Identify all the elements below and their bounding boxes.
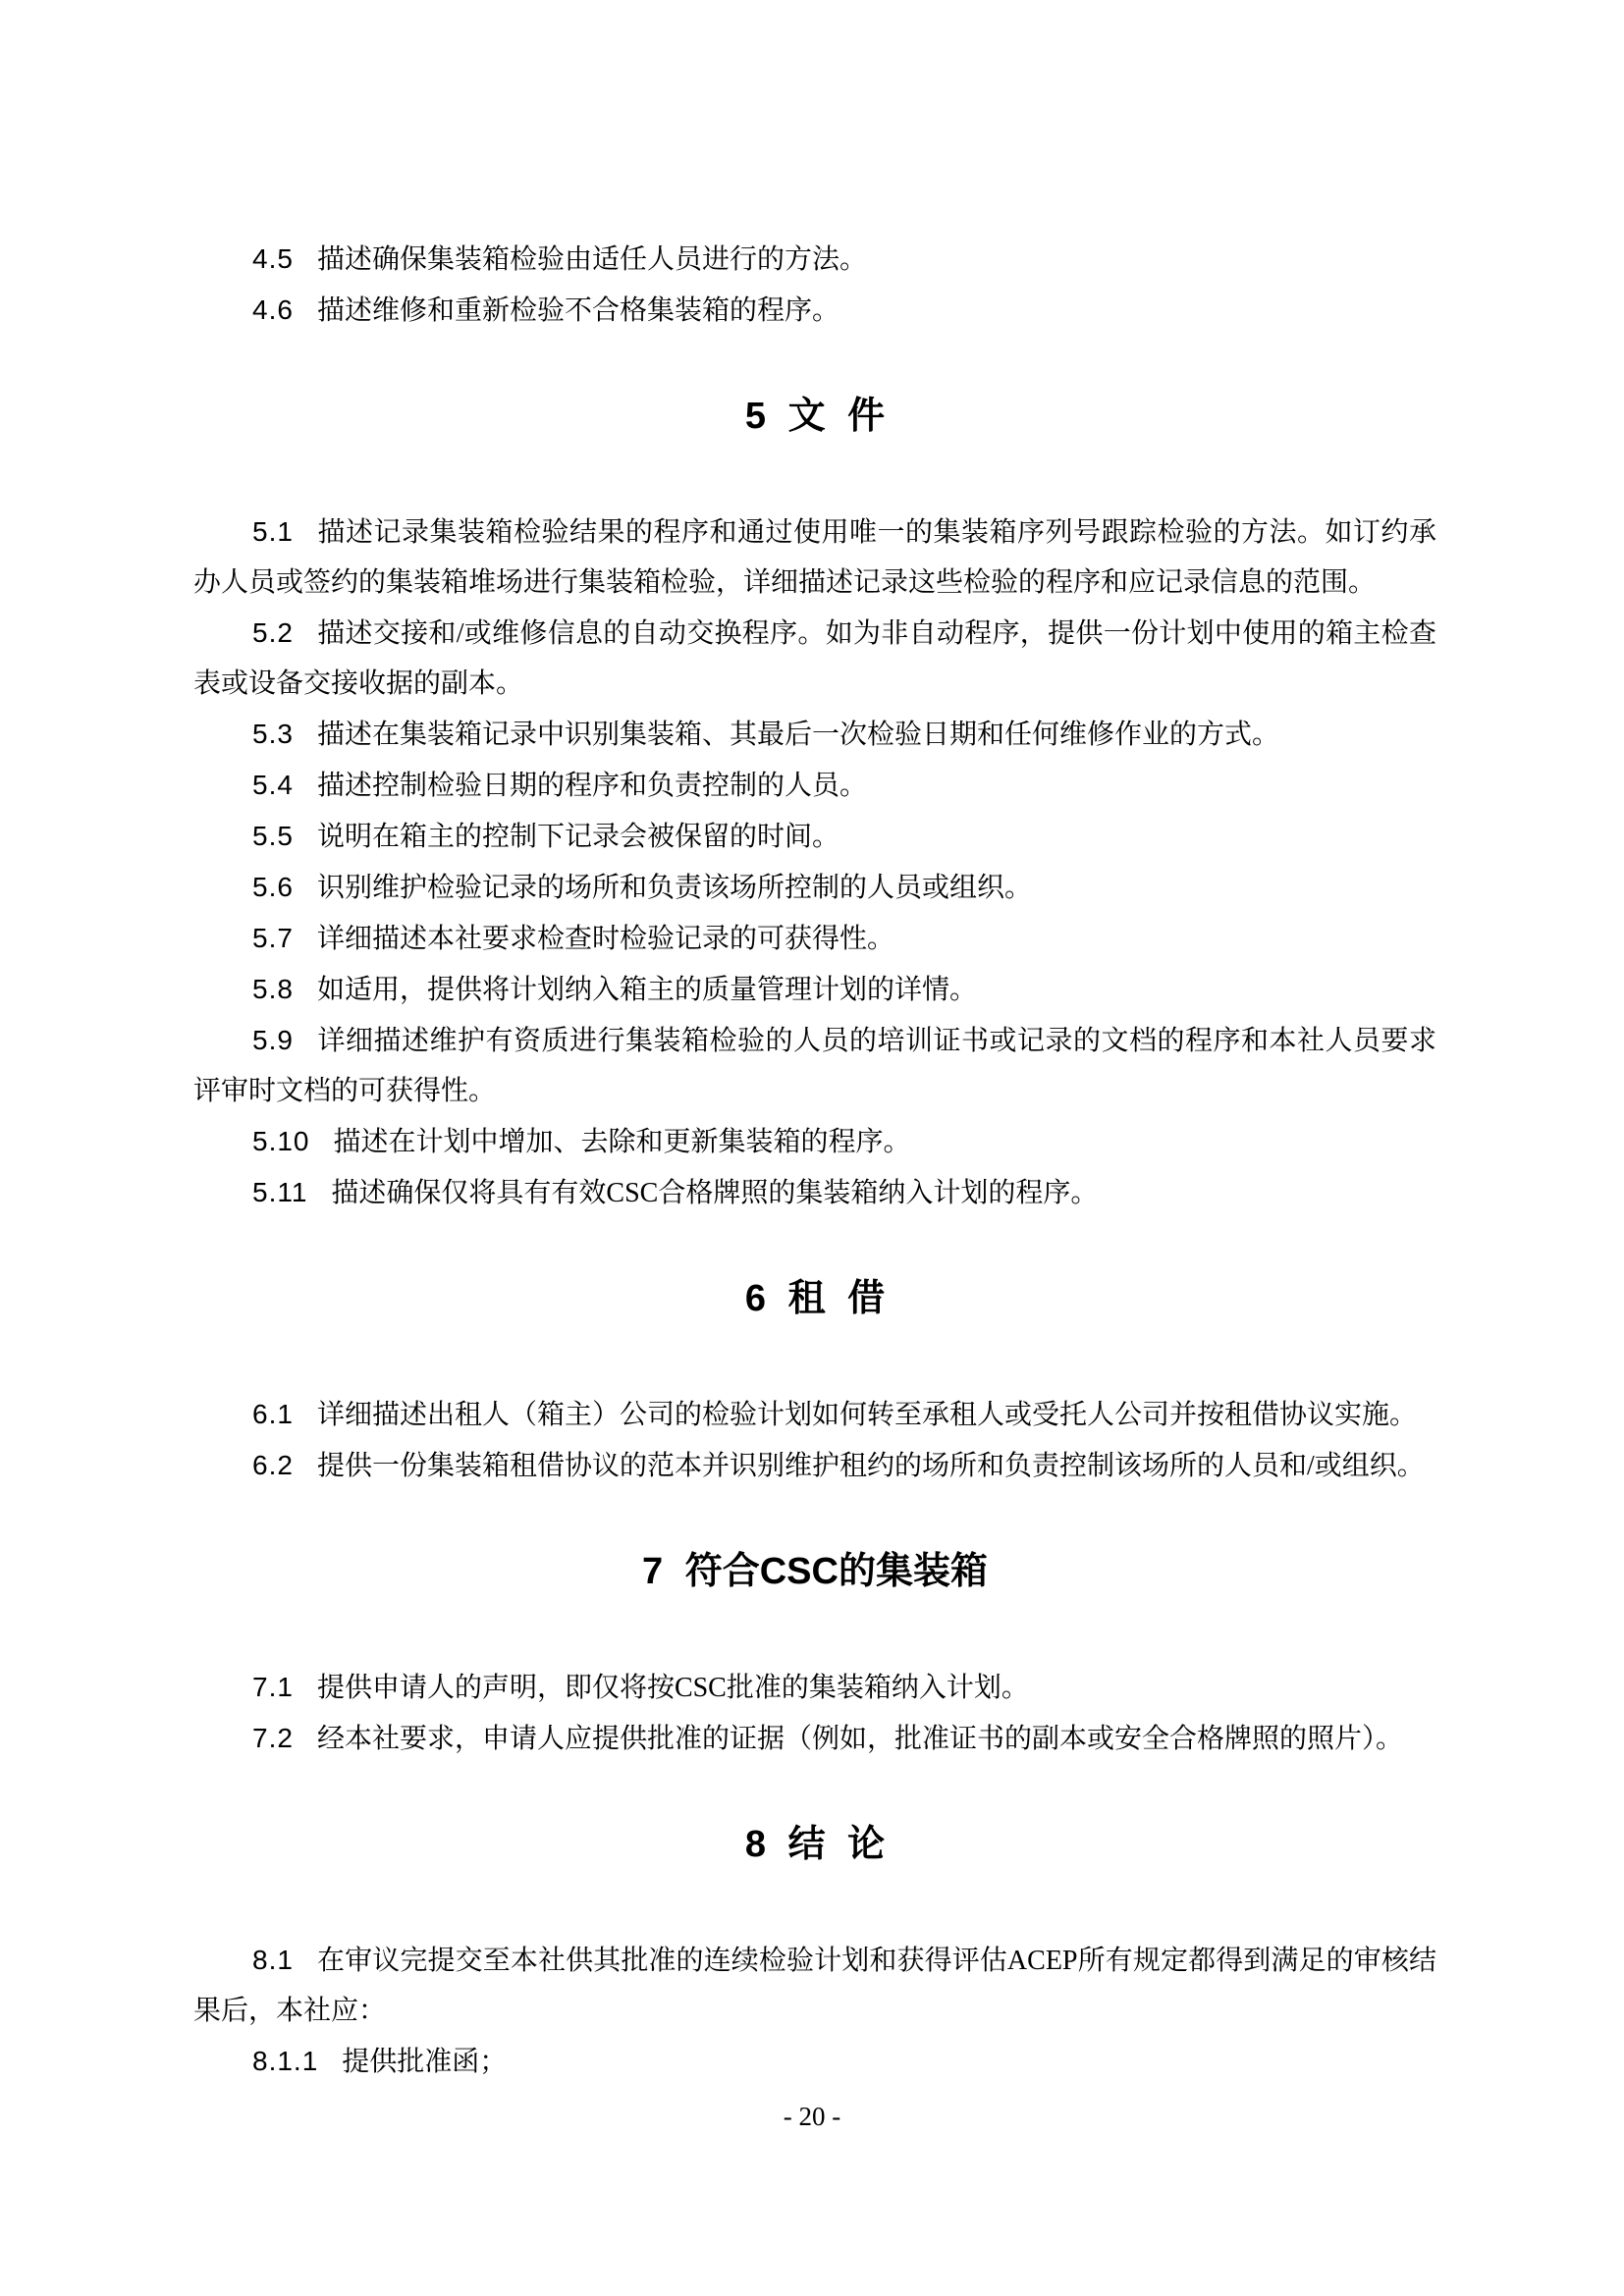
clause-text: 描述维修和重新检验不合格集装箱的程序。 <box>317 295 839 326</box>
clause-number: 5.9 <box>252 1025 294 1055</box>
clause-paragraph: 6.1详细描述出租人（箱主）公司的检验计划如何转至承租人或受托人公司并按租借协议… <box>193 1389 1436 1440</box>
page-number: - 20 - <box>0 2101 1624 2132</box>
clause-number: 5.7 <box>252 923 294 953</box>
clause-paragraph: 5.9详细描述维护有资质进行集装箱检验的人员的培训证书或记录的文档的程序和本社人… <box>193 1015 1436 1116</box>
clause-number: 4.6 <box>252 294 294 325</box>
clause-number: 5.5 <box>252 821 294 851</box>
clause-paragraph: 5.1描述记录集装箱检验结果的程序和通过使用唯一的集装箱序列号跟踪检验的方法。如… <box>193 507 1436 608</box>
clause-number: 8.1 <box>252 1945 294 1975</box>
clause-number: 4.5 <box>252 243 294 274</box>
clause-text: 经本社要求，申请人应提供批准的证据（例如，批准证书的副本或安全合格牌照的照片）。 <box>317 1724 1403 1754</box>
clause-number: 5.3 <box>252 719 294 749</box>
clause-text: 描述记录集装箱检验结果的程序和通过使用唯一的集装箱序列号跟踪检验的方法。如订约承… <box>193 517 1436 598</box>
clause-number: 5.8 <box>252 974 294 1004</box>
section-heading: 8 结 论 <box>193 1817 1436 1873</box>
clause-text: 详细描述维护有资质进行集装箱检验的人员的培训证书或记录的文档的程序和本社人员要求… <box>193 1026 1436 1106</box>
clause-paragraph: 8.1.1提供批准函； <box>193 2036 1436 2087</box>
section-heading: 7 符合CSC的集装箱 <box>193 1544 1436 1600</box>
clause-paragraph: 6.2提供一份集装箱租借协议的范本并识别维护租约的场所和负责控制该场所的人员和/… <box>193 1440 1436 1491</box>
clause-text: 描述在集装箱记录中识别集装箱、其最后一次检验日期和任何维修作业的方式。 <box>317 720 1279 750</box>
clause-text: 在审议完提交至本社供其批准的连续检验计划和获得评估ACEP所有规定都得到满足的审… <box>193 1946 1436 2026</box>
section-heading: 6 租 借 <box>193 1271 1436 1327</box>
clause-text: 识别维护检验记录的场所和负责该场所控制的人员或组织。 <box>317 873 1032 903</box>
clause-number: 5.2 <box>252 617 294 648</box>
clause-text: 描述控制检验日期的程序和负责控制的人员。 <box>317 771 867 801</box>
clause-text: 提供申请人的声明，即仅将按CSC批准的集装箱纳入计划。 <box>317 1673 1029 1703</box>
clause-paragraph: 4.6描述维修和重新检验不合格集装箱的程序。 <box>193 285 1436 336</box>
clause-text: 详细描述出租人（箱主）公司的检验计划如何转至承租人或受托人公司并按租借协议实施。 <box>317 1400 1417 1430</box>
clause-number: 5.1 <box>252 516 294 547</box>
clause-text: 详细描述本社要求检查时检验记录的可获得性。 <box>317 924 894 954</box>
clause-number: 5.4 <box>252 770 294 800</box>
clause-paragraph: 5.3描述在集装箱记录中识别集装箱、其最后一次检验日期和任何维修作业的方式。 <box>193 709 1436 760</box>
document-page: 4.5描述确保集装箱检验由适任人员进行的方法。4.6描述维修和重新检验不合格集装… <box>0 0 1624 2296</box>
document-body: 4.5描述确保集装箱检验由适任人员进行的方法。4.6描述维修和重新检验不合格集装… <box>193 234 1436 2087</box>
clause-number: 6.2 <box>252 1450 294 1480</box>
clause-paragraph: 5.4描述控制检验日期的程序和负责控制的人员。 <box>193 760 1436 811</box>
section-heading: 5 文 件 <box>193 389 1436 445</box>
clause-number: 6.1 <box>252 1399 294 1429</box>
clause-paragraph: 5.11描述确保仅将具有有效CSC合格牌照的集装箱纳入计划的程序。 <box>193 1167 1436 1218</box>
clause-paragraph: 7.1提供申请人的声明，即仅将按CSC批准的集装箱纳入计划。 <box>193 1662 1436 1713</box>
clause-text: 描述确保集装箱检验由适任人员进行的方法。 <box>317 244 867 275</box>
clause-text: 描述确保仅将具有有效CSC合格牌照的集装箱纳入计划的程序。 <box>331 1178 1098 1208</box>
clause-text: 描述交接和/或维修信息的自动交换程序。如为非自动程序，提供一份计划中使用的箱主检… <box>193 618 1436 699</box>
clause-paragraph: 8.1在审议完提交至本社供其批准的连续检验计划和获得评估ACEP所有规定都得到满… <box>193 1935 1436 2036</box>
clause-paragraph: 5.8如适用，提供将计划纳入箱主的质量管理计划的详情。 <box>193 964 1436 1015</box>
clause-text: 提供批准函； <box>342 2047 507 2077</box>
clause-text: 如适用，提供将计划纳入箱主的质量管理计划的详情。 <box>317 975 977 1005</box>
clause-paragraph: 5.6识别维护检验记录的场所和负责该场所控制的人员或组织。 <box>193 862 1436 913</box>
clause-text: 描述在计划中增加、去除和更新集装箱的程序。 <box>334 1127 911 1157</box>
clause-paragraph: 5.10描述在计划中增加、去除和更新集装箱的程序。 <box>193 1116 1436 1167</box>
clause-text: 提供一份集装箱租借协议的范本并识别维护租约的场所和负责控制该场所的人员和/或组织… <box>317 1451 1425 1481</box>
clause-number: 7.1 <box>252 1672 294 1702</box>
clause-number: 5.11 <box>252 1177 307 1207</box>
clause-text: 说明在箱主的控制下记录会被保留的时间。 <box>317 822 839 852</box>
clause-paragraph: 7.2经本社要求，申请人应提供批准的证据（例如，批准证书的副本或安全合格牌照的照… <box>193 1713 1436 1764</box>
clause-paragraph: 5.5说明在箱主的控制下记录会被保留的时间。 <box>193 811 1436 862</box>
clause-number: 7.2 <box>252 1723 294 1753</box>
clause-number: 5.10 <box>252 1126 310 1156</box>
clause-paragraph: 5.7详细描述本社要求检查时检验记录的可获得性。 <box>193 913 1436 964</box>
clause-number: 8.1.1 <box>252 2046 318 2076</box>
clause-number: 5.6 <box>252 872 294 902</box>
clause-paragraph: 4.5描述确保集装箱检验由适任人员进行的方法。 <box>193 234 1436 285</box>
clause-paragraph: 5.2描述交接和/或维修信息的自动交换程序。如为非自动程序，提供一份计划中使用的… <box>193 608 1436 709</box>
